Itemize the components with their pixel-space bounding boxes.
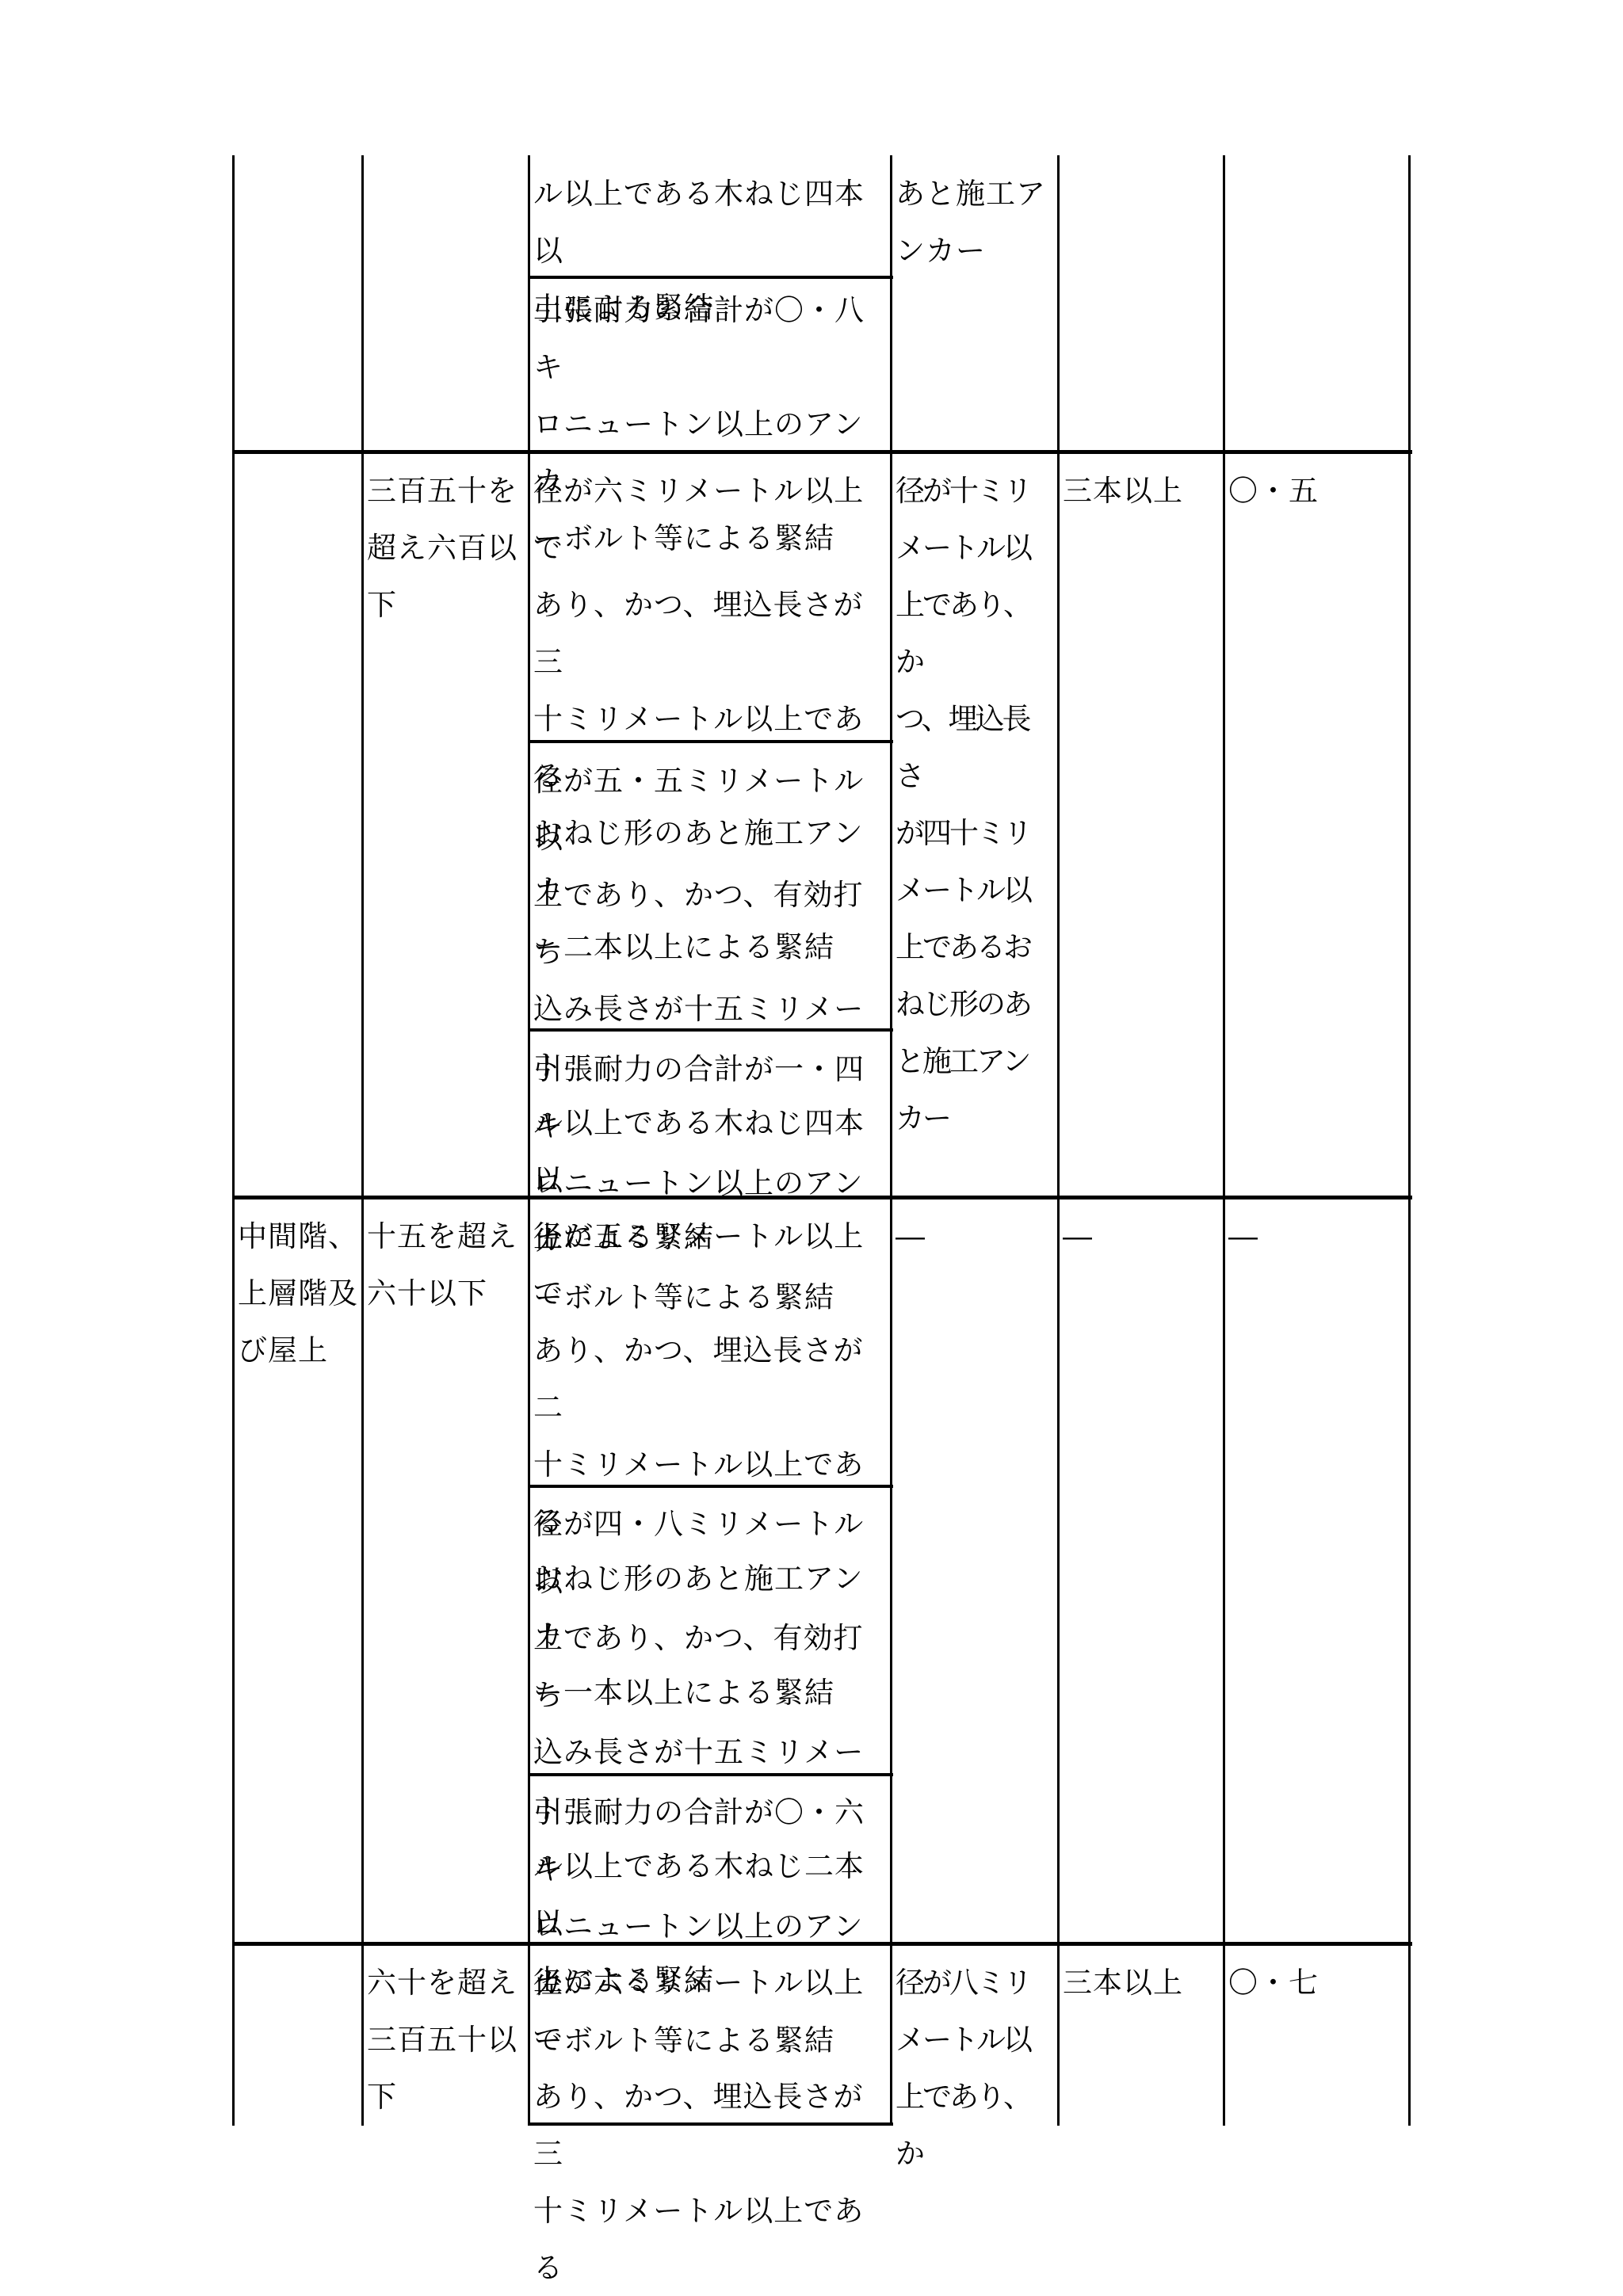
- cell-rowC-coefficient-dash: ―: [1228, 1208, 1406, 1265]
- cell-rowC-anchor-dash: ―: [896, 1208, 1054, 1265]
- cell-rowC-count-dash: ―: [1063, 1208, 1220, 1265]
- cell-rowA-anchor-part: あと施工ア ンカー: [896, 166, 1054, 280]
- cell-rowD-range: 六十を超え 三百五十以 下: [367, 1955, 524, 2126]
- cell-rowD-anchor-part: 径が八ミリ メートル以 上であり、か: [896, 1955, 1056, 2183]
- cell-rowB-coefficient: 〇・五: [1228, 463, 1406, 520]
- cell-rowD-count: 三本以上: [1063, 1955, 1220, 2012]
- cell-rowB-anchor: 径が十ミリ メートル以 上であり、か つ、埋込長さ が四十ミリ メートル以 上で…: [896, 463, 1056, 1147]
- cell-rowB-count: 三本以上: [1063, 463, 1220, 520]
- cell-rowC-floor: 中間階、 上層階及 び屋上: [238, 1208, 363, 1379]
- cell-rowB-range: 三百五十を 超え六百以 下: [367, 463, 524, 634]
- document-page: ル以上である木ねじ四本以 上による緊結 引張耐力の合計が〇・八キ ロニュートン以…: [0, 0, 1623, 2296]
- cell-rowD-method-anchor-part: 径が六ミリメートル以上で あり、かつ、埋込長さが三 十ミリメートル以上である: [533, 1955, 888, 2296]
- cell-rowC-range: 十五を超え 六十以下: [367, 1208, 524, 1322]
- cell-rowD-coefficient: 〇・七: [1228, 1955, 1406, 2012]
